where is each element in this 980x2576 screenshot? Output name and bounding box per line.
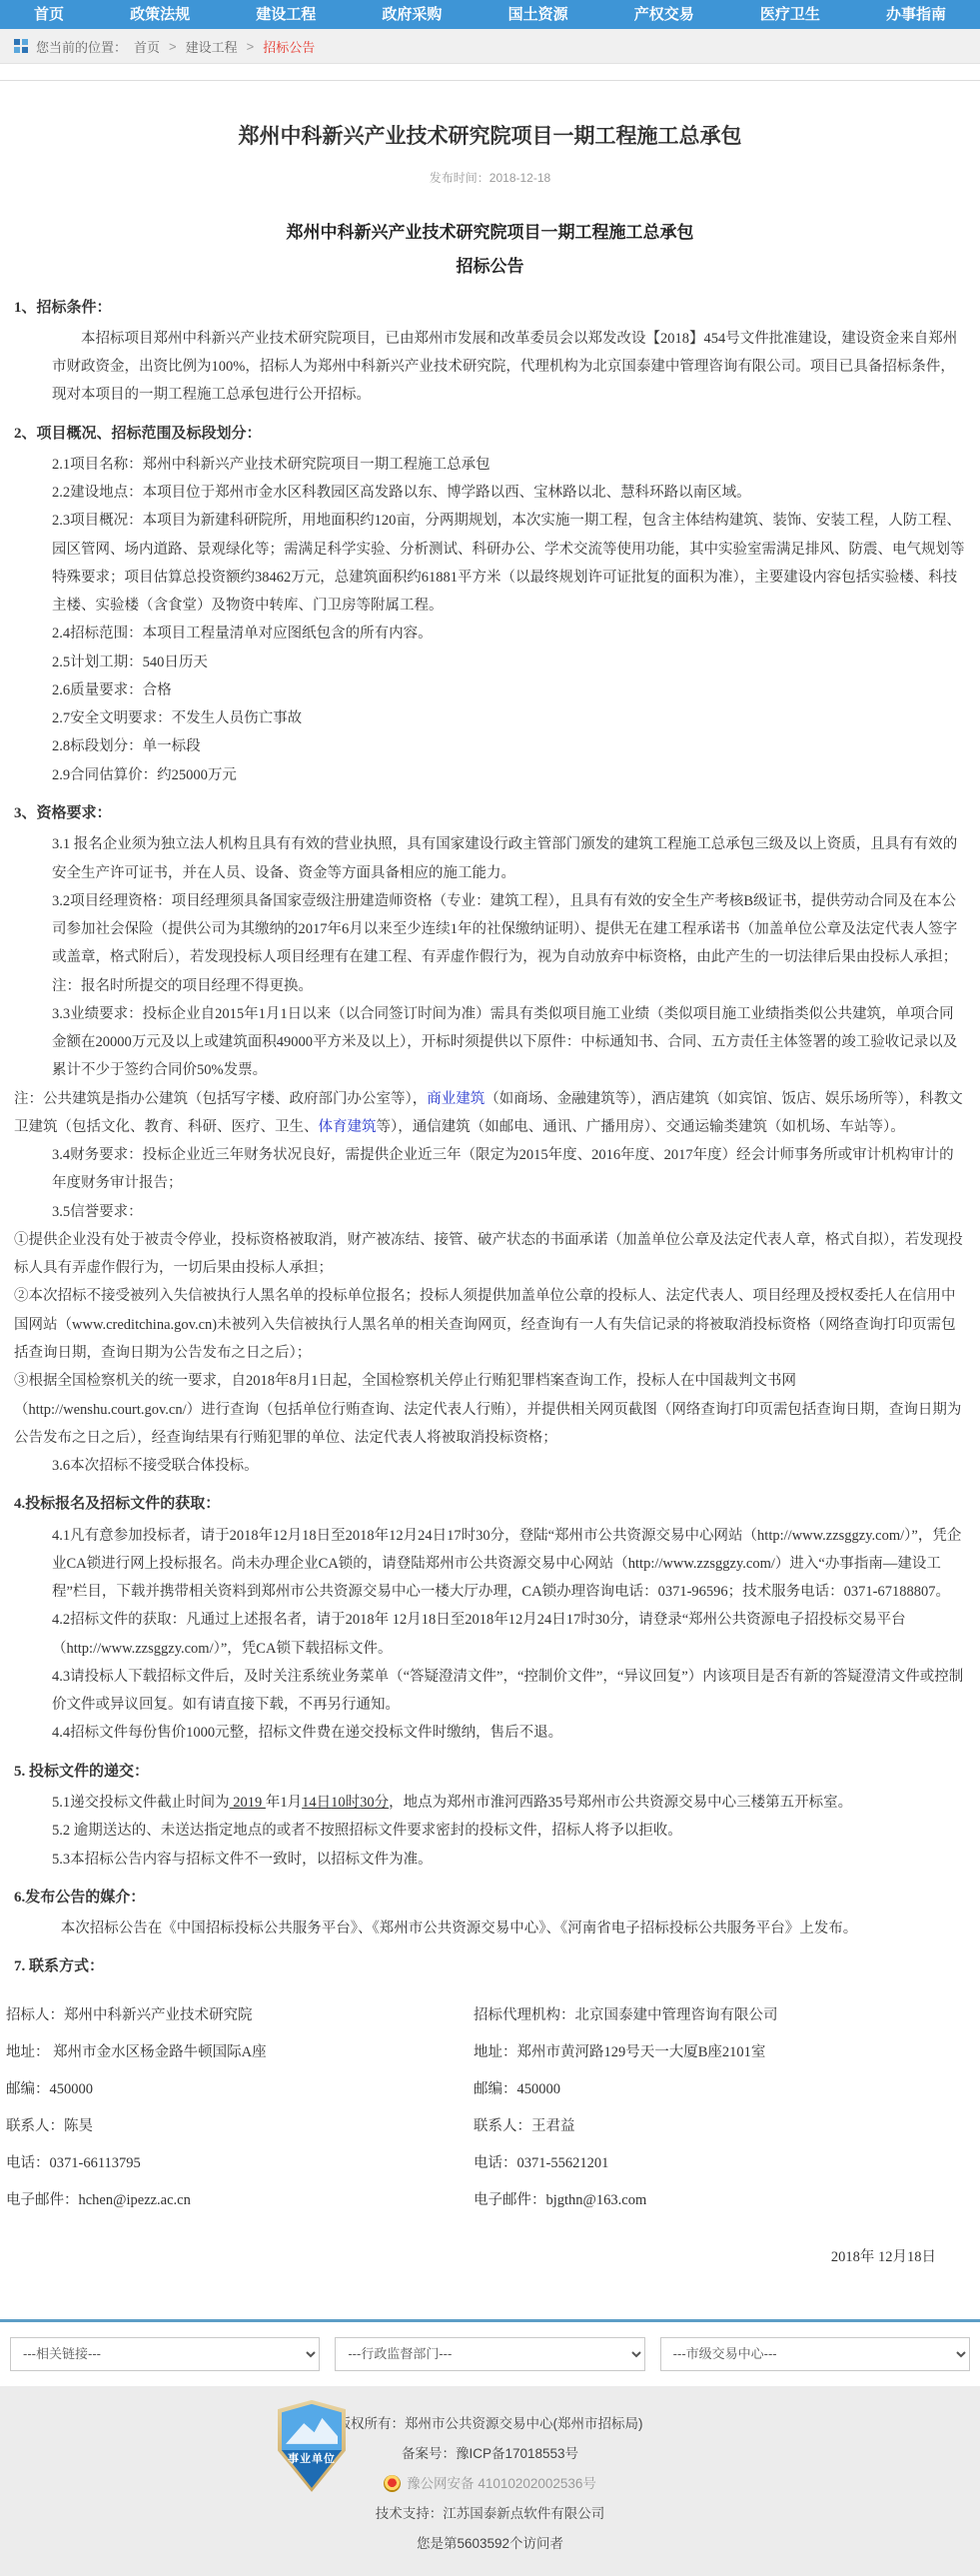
section2-item: 2.9合同估算价：约25000万元	[52, 761, 966, 789]
section3-credit-item-3: ③根据全国检察机关的统一要求，自2018年8月1日起，全国检察机关停止行贿犯罪档…	[14, 1367, 966, 1452]
breadcrumb-separator: >	[169, 39, 177, 54]
section2-item: 2.3项目概况：本项目为新建科研院所，用地面积约120亩，分两期规划，本次实施一…	[52, 507, 966, 620]
deadline-text: 年1月	[266, 1795, 302, 1811]
doc-title-line1: 郑州中科新兴产业技术研究院项目一期工程施工总承包	[6, 216, 974, 250]
section5-heading: 5. 投标文件的递交：	[14, 1758, 974, 1787]
footer-security-row: 豫公网安备 41010202002536号	[0, 2472, 980, 2492]
section3-note2: 注：公共建筑是指办公建筑（包括写字楼、政府部门办公室等），商业建筑（如商场、金融…	[14, 1085, 966, 1142]
tenderer-name: 招标人：郑州中科新兴产业技术研究院	[6, 2004, 456, 2027]
section3-credit-item-1: ①提供企业没有处于被责令停业，投标资格被取消，财产被冻结、接管、破产状态的书面承…	[14, 1226, 966, 1283]
breadcrumb-prefix: 您当前的位置：	[36, 37, 127, 56]
section2-heading: 2、项目概况、招标范围及标段划分：	[14, 420, 974, 449]
agency-email: 电子邮件：bjgthn@163.com	[474, 2189, 974, 2212]
agency-name: 招标代理机构：北京国泰建中管理咨询有限公司	[474, 2004, 974, 2027]
police-emblem-icon	[384, 2475, 401, 2492]
section4-item: 4.3请投标人下载招标文件后，及时关注系统业务菜单（“答疑澄清文件”，“控制价文…	[52, 1663, 966, 1720]
nav-item-land[interactable]: 国土资源	[508, 0, 568, 29]
section5-item-5-1: 5.1递交投标文件截止时间为 2019 年1月14日10时30分，地点为郑州市淮…	[52, 1789, 966, 1817]
tenderer-address: 地址： 郑州市金水区杨金路牛顿国际A座	[6, 2041, 456, 2064]
announcement-date: 2018年 12月18日	[6, 2243, 936, 2271]
breadcrumb: 您当前的位置： 首页 > 建设工程 > 招标公告	[0, 29, 980, 64]
note2-text: 等），通信建筑（如邮电、通讯、广播用房）、交通运输类建筑（如机场、车站等）。	[377, 1119, 905, 1135]
footer: 事业单位 版权所有：郑州市公共资源交易中心(郑州市招标局) 备案号：豫ICP备1…	[0, 2386, 980, 2576]
section3-heading: 3、资格要求：	[14, 799, 974, 828]
footer-icp: 备案号：豫ICP备17018553号	[0, 2442, 980, 2462]
section2-item: 2.8标段划分：单一标段	[52, 732, 966, 760]
commercial-building-link[interactable]: 商业建筑	[427, 1091, 485, 1107]
agency-postcode: 邮编：450000	[474, 2078, 974, 2101]
footer-copyright: 版权所有：郑州市公共资源交易中心(郑州市招标局)	[0, 2412, 980, 2432]
footer-support: 技术支持：江苏国泰新点软件有限公司	[0, 2502, 980, 2522]
deadline-day: 14日	[302, 1795, 331, 1811]
section1-paragraph: 本招标项目郑州中科新兴产业技术研究院项目，已由郑州市发展和改革委员会以郑发改设【…	[52, 325, 966, 410]
sports-building-link[interactable]: 体育建筑	[319, 1119, 377, 1135]
doc-title-line2: 招标公告	[6, 250, 974, 284]
deadline-minute: 30分	[360, 1795, 389, 1811]
quick-links-bar: ---相关链接--- ---行政监督部门--- ---市级交易中心---	[0, 2319, 980, 2386]
top-nav: 首页 政策法规 建设工程 政府采购 国土资源 产权交易 医疗卫生 办事指南	[0, 0, 980, 29]
section3-note1: 注：报名时所提交的项目经理不得更换。	[52, 972, 966, 1000]
publish-date: 发布时间：2018-12-18	[6, 169, 974, 186]
deadline-text: ，地点为郑州市淮河西路35号郑州市公共资源交易中心三楼第五开标室。	[389, 1795, 852, 1811]
section4-heading: 4.投标报名及招标文件的获取：	[14, 1490, 974, 1519]
section1-heading: 1、招标条件：	[14, 294, 974, 323]
nav-item-procurement[interactable]: 政府采购	[382, 0, 442, 29]
deadline-year: 2019	[230, 1795, 266, 1811]
nav-item-construction[interactable]: 建设工程	[256, 0, 316, 29]
tenderer-postcode: 邮编：450000	[6, 2078, 456, 2101]
section5-item-5-2: 5.2 逾期送达的、未送达指定地点的或者不按照招标文件要求密封的投标文件，招标人…	[52, 1817, 966, 1845]
footer-visitors: 您是第5603592个访问者	[0, 2532, 980, 2552]
breadcrumb-section[interactable]: 建设工程	[186, 37, 238, 56]
section2-item: 2.7安全文明要求：不发生人员伤亡事故	[52, 704, 966, 732]
nav-item-medical[interactable]: 医疗卫生	[760, 0, 820, 29]
section6-heading: 6.发布公告的媒介：	[14, 1884, 974, 1913]
note2-text: 注：公共建筑是指办公建筑（包括写字楼、政府部门办公室等），	[14, 1091, 427, 1107]
agency-phone: 电话：0371-55621201	[474, 2152, 974, 2175]
badge-label: 事业单位	[288, 2450, 336, 2466]
section4-item: 4.4招标文件每份售价1000元整，招标文件费在递交投标文件时缴纳，售后不退。	[52, 1719, 966, 1747]
section3-item-3-4: 3.4财务要求：投标企业近三年财务状况良好，需提供企业近三年（限定为2015年度…	[52, 1141, 966, 1198]
section2-item: 2.6质量要求：合格	[52, 676, 966, 704]
tenderer-email: 电子邮件：hchen@ipezz.ac.cn	[6, 2189, 456, 2212]
nav-item-property[interactable]: 产权交易	[634, 0, 694, 29]
section3-credit-item-2: ②本次招标不接受被列入失信被执行人黑名单的投标单位报名；投标人须提供加盖单位公章…	[14, 1282, 966, 1367]
section4-item: 4.1凡有意参加投标者，请于2018年12月18日至2018年12月24日17时…	[52, 1522, 966, 1607]
page-title: 郑州中科新兴产业技术研究院项目一期工程施工总承包	[76, 121, 904, 153]
tenderer-contact: 联系人：陈昊	[6, 2115, 456, 2138]
tenderer-phone: 电话：0371-66113795	[6, 2152, 456, 2175]
grid-icon	[14, 39, 20, 45]
agency-contact: 联系人：王君益	[474, 2115, 974, 2138]
nav-item-policy[interactable]: 政策法规	[130, 0, 190, 29]
deadline-text: 5.1递交投标文件截止时间为	[52, 1795, 230, 1811]
supervision-dept-select[interactable]: ---行政监督部门---	[335, 2337, 644, 2371]
contact-block: 招标人：郑州中科新兴产业技术研究院 招标代理机构：北京国泰建中管理咨询有限公司 …	[6, 2004, 974, 2213]
breadcrumb-current: 招标公告	[263, 37, 315, 56]
deadline-hour: 10时	[331, 1795, 360, 1811]
breadcrumb-separator: >	[247, 39, 255, 54]
breadcrumb-home[interactable]: 首页	[134, 37, 160, 56]
section6-paragraph: 本次招标公告在《中国招标投标公共服务平台》、《郑州市公共资源交易中心》、《河南省…	[10, 1915, 970, 1942]
section2-item: 2.2建设地点：本项目位于郑州市金水区科教园区高发路以东、博学路以西、宝林路以北…	[52, 479, 966, 507]
section2-item: 2.5计划工期：540日历天	[52, 648, 966, 676]
section4-item: 4.2招标文件的获取：凡通过上述报名者，请于2018年 12月18日至2018年…	[52, 1606, 966, 1663]
section3-item-3-2: 3.2项目经理资格：项目经理须具备国家壹级注册建造师资格（专业：建筑工程），且具…	[52, 887, 966, 972]
section3-item-3-1: 3.1 报名企业须为独立法人机构且具有有效的营业执照，具有国家建设行政主管部门颁…	[52, 830, 966, 887]
nav-item-home[interactable]: 首页	[34, 0, 64, 29]
main-content: 郑州中科新兴产业技术研究院项目一期工程施工总承包 发布时间：2018-12-18…	[0, 80, 980, 2295]
section3-item-3-3: 3.3业绩要求：投标企业自2015年1月1日以来（以合同签订时间为准）需具有类似…	[52, 1000, 966, 1085]
agency-address: 地址：郑州市黄河路129号天一大厦B座2101室	[474, 2041, 974, 2064]
related-links-select[interactable]: ---相关链接---	[10, 2337, 320, 2371]
section2-item: 2.1项目名称：郑州中科新兴产业技术研究院项目一期工程施工总承包	[52, 451, 966, 479]
doc-title: 郑州中科新兴产业技术研究院项目一期工程施工总承包 招标公告	[6, 216, 974, 284]
section3-item-3-6: 3.6本次招标不接受联合体投标。	[52, 1452, 966, 1480]
section2-item: 2.4招标范围：本项目工程量清单对应图纸包含的所有内容。	[52, 620, 966, 647]
city-trade-center-select[interactable]: ---市级交易中心---	[660, 2337, 970, 2371]
section5-item-5-3: 5.3本招标公告内容与招标文件不一致时，以招标文件为准。	[52, 1846, 966, 1874]
footer-security[interactable]: 豫公网安备 41010202002536号	[407, 2476, 596, 2491]
section7-heading: 7. 联系方式：	[14, 1952, 974, 1981]
announcement-body: 郑州中科新兴产业技术研究院项目一期工程施工总承包 招标公告 1、招标条件： 本招…	[6, 216, 974, 2271]
section3-item-3-5: 3.5信誉要求：	[52, 1198, 966, 1226]
nav-item-guide[interactable]: 办事指南	[886, 0, 946, 29]
